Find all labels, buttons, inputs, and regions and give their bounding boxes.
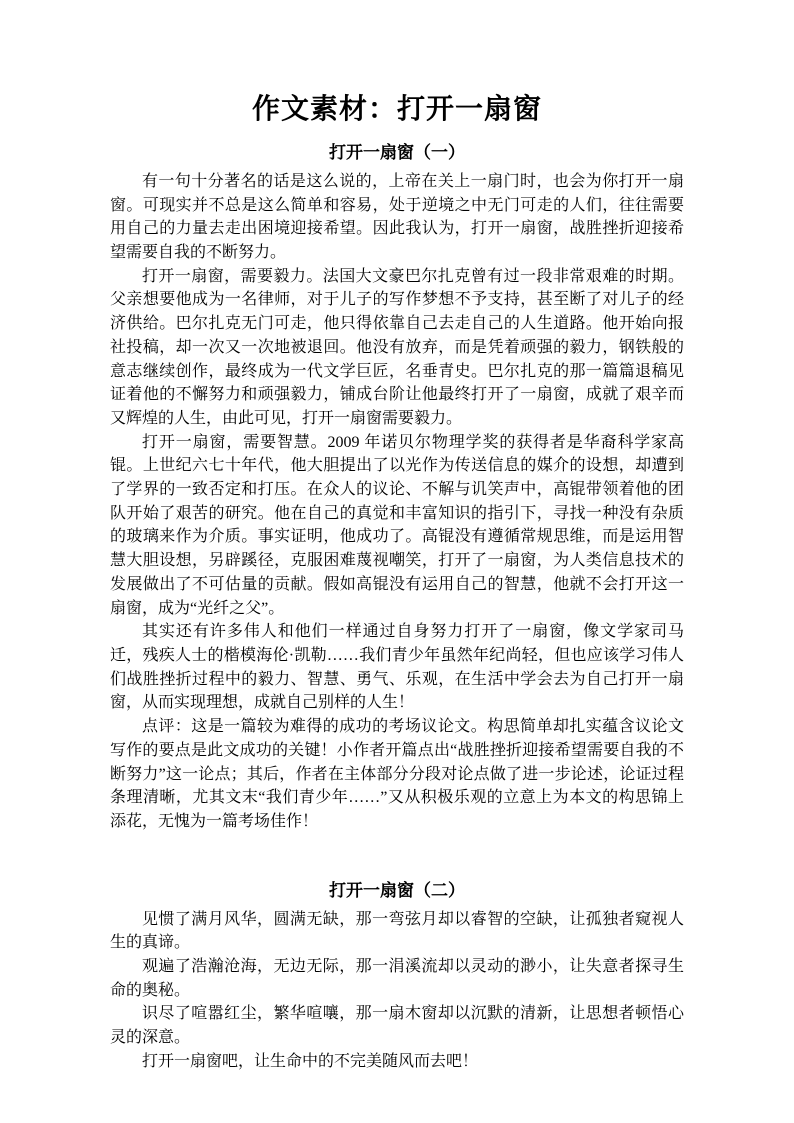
essay-section-2: 打开一扇窗（二） 见惯了满月风华，圆满无缺，那一弯弦月却以睿智的空缺，让孤独者窥…: [110, 880, 684, 1074]
section-1-paragraph-5: 点评：这是一篇较为难得的成功的考场议论文。构思简单却扎实蕴含议论文写作的要点是此…: [110, 715, 684, 834]
essay-section-1: 打开一扇窗（一） 有一句十分著名的话是这么说的，上帝在关上一扇门时，也会为你打开…: [110, 142, 684, 834]
section-2-paragraph-4: 打开一扇窗吧，让生命中的不完美随风而去吧！: [110, 1050, 684, 1074]
section-1-paragraph-3: 打开一扇窗，需要智慧。2009 年诺贝尔物理学奖的获得者是华裔科学家高锟。上世纪…: [110, 431, 684, 621]
section-2-paragraph-2: 观遍了浩瀚沧海，无边无际，那一涓溪流却以灵动的渺小，让失意者探寻生命的奥秘。: [110, 955, 684, 1002]
section-1-paragraph-1: 有一句十分著名的话是这么说的，上帝在关上一扇门时，也会为你打开一扇窗。可现实并不…: [110, 170, 684, 265]
section-1-paragraph-2: 打开一扇窗，需要毅力。法国大文豪巴尔扎克曾有过一段非常艰难的时期。父亲想要他成为…: [110, 265, 684, 431]
section-1-heading: 打开一扇窗（一）: [110, 142, 684, 165]
section-1-paragraph-4: 其实还有许多伟人和他们一样通过自身努力打开了一扇窗，像文学家司马迁，残疾人士的楷…: [110, 620, 684, 715]
document-page: 作文素材：打开一扇窗 打开一扇窗（一） 有一句十分著名的话是这么说的，上帝在关上…: [0, 0, 794, 1123]
section-2-heading: 打开一扇窗（二）: [110, 880, 684, 903]
section-2-paragraph-3: 识尽了喧嚣红尘，繁华喧嚷，那一扇木窗却以沉默的清新，让思想者顿悟心灵的深意。: [110, 1002, 684, 1049]
section-2-paragraph-1: 见惯了满月风华，圆满无缺，那一弯弦月却以睿智的空缺，让孤独者窥视人生的真谛。: [110, 908, 684, 955]
document-title: 作文素材：打开一扇窗: [110, 92, 684, 127]
